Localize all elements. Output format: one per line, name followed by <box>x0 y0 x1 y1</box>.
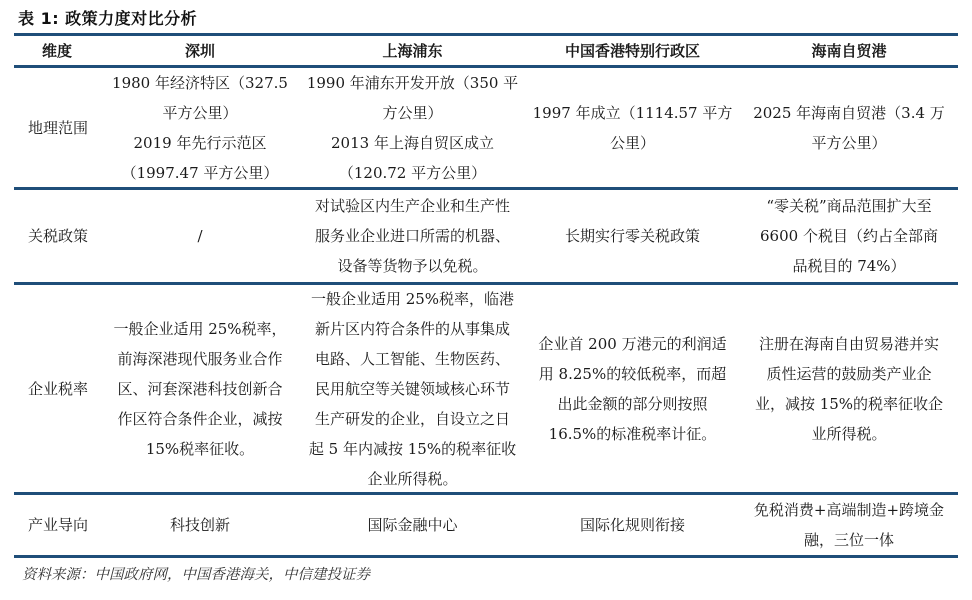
text-line: 科技创新 <box>170 510 230 540</box>
text-line: 方公里） <box>307 98 518 128</box>
cell-hongkong: 国际化规则衔接 <box>525 495 740 555</box>
table-row-corporate-tax: 企业税率 一般企业适用 25%税率， 前海深港现代服务业合作 区、河套深港科技创… <box>14 285 958 492</box>
row-label: 关税政策 <box>14 190 100 282</box>
text-line: 16.5%的标准税率计征。 <box>538 419 726 449</box>
text-line: 品税目的 74%） <box>760 251 938 281</box>
cell-hongkong: 1997 年成立（1114.57 平方 公里） <box>525 68 740 187</box>
text-line: 6600 个税目（约占全部商 <box>760 221 938 251</box>
text-line: 2013 年上海自贸区成立 <box>307 128 518 158</box>
text-line: 公里） <box>533 128 733 158</box>
text-line: 免税消费+高端制造+跨境金 <box>754 495 944 525</box>
table-row-tariff-policy: 关税政策 / 对试验区内生产企业和生产性 服务业企业进口所需的机器、 设备等货物… <box>14 190 958 282</box>
text-line: 设备等货物予以免税。 <box>315 251 510 281</box>
text-line: 质性运营的鼓励类产业企 <box>755 359 943 389</box>
cell-pudong: 对试验区内生产企业和生产性 服务业企业进口所需的机器、 设备等货物予以免税。 <box>300 190 525 282</box>
text-line: 1990 年浦东开发开放（350 平 <box>307 68 518 98</box>
cell-hongkong: 长期实行零关税政策 <box>525 190 740 282</box>
text-line: 国际金融中心 <box>367 510 457 540</box>
row-label: 产业导向 <box>14 495 100 555</box>
text-line: （1997.47 平方公里） <box>112 158 288 188</box>
cell-hainan: 免税消费+高端制造+跨境金 融，三位一体 <box>740 495 958 555</box>
table-row-geographic-scope: 地理范围 1980 年经济特区（327.5 平方公里） 2019 年先行示范区 … <box>14 68 958 187</box>
text-line: / <box>197 221 202 251</box>
header-dimension: 维度 <box>14 36 100 65</box>
text-line: 2025 年海南自贸港（3.4 万 <box>753 98 945 128</box>
text-line: 企业所得税。 <box>309 464 516 494</box>
text-line: 1997 年成立（1114.57 平方 <box>533 98 733 128</box>
text-line: 一般企业适用 25%税率， <box>113 314 286 344</box>
text-line: 注册在海南自由贸易港并实 <box>755 329 943 359</box>
text-line: 平方公里） <box>753 128 945 158</box>
text-line: 民用航空等关键领域核心环节 <box>309 374 516 404</box>
table-title: 表 1: 政策力度对比分析 <box>18 6 197 29</box>
text-line: 平方公里） <box>112 98 288 128</box>
text-line: 一般企业适用 25%税率，临港 <box>309 284 516 314</box>
text-line: 业，减按 15%的税率征收企 <box>755 389 943 419</box>
text-line: 融，三位一体 <box>754 525 944 555</box>
cell-hainan: 注册在海南自由贸易港并实 质性运营的鼓励类产业企 业，减按 15%的税率征收企 … <box>740 285 958 492</box>
header-pudong: 上海浦东 <box>300 36 525 65</box>
source-note: 资料来源：中国政府网，中国香港海关，中信建投证券 <box>22 563 370 584</box>
text-line: 服务业企业进口所需的机器、 <box>315 221 510 251</box>
text-line: 用 8.25%的较低税率，而超 <box>538 359 726 389</box>
table-row-industry-orientation: 产业导向 科技创新 国际金融中心 国际化规则衔接 免税消费+高端制造+跨境金 融… <box>14 495 958 555</box>
text-line: 区、河套深港科技创新合 <box>113 374 286 404</box>
header-hainan: 海南自贸港 <box>740 36 958 65</box>
row-label: 企业税率 <box>14 285 100 492</box>
text-line: 对试验区内生产企业和生产性 <box>315 191 510 221</box>
cell-pudong: 一般企业适用 25%税率，临港 新片区内符合条件的从事集成 电路、人工智能、生物… <box>300 285 525 492</box>
text-line: 出此金额的部分则按照 <box>538 389 726 419</box>
cell-pudong: 1990 年浦东开发开放（350 平 方公里） 2013 年上海自贸区成立 （1… <box>300 68 525 187</box>
table-bottom-rule <box>14 555 958 558</box>
cell-hainan: “零关税”商品范围扩大至 6600 个税目（约占全部商 品税目的 74%） <box>740 190 958 282</box>
header-hongkong: 中国香港特别行政区 <box>525 36 740 65</box>
cell-pudong: 国际金融中心 <box>300 495 525 555</box>
text-line: 国际化规则衔接 <box>580 510 685 540</box>
text-line: 2019 年先行示范区 <box>112 128 288 158</box>
text-line: 1980 年经济特区（327.5 <box>112 68 288 98</box>
cell-hainan: 2025 年海南自贸港（3.4 万 平方公里） <box>740 68 958 187</box>
cell-shenzhen: 一般企业适用 25%税率， 前海深港现代服务业合作 区、河套深港科技创新合 作区… <box>100 285 300 492</box>
table-header-row: 维度 深圳 上海浦东 中国香港特别行政区 海南自贸港 <box>14 36 958 65</box>
text-line: 前海深港现代服务业合作 <box>113 344 286 374</box>
cell-shenzhen: 科技创新 <box>100 495 300 555</box>
header-shenzhen: 深圳 <box>100 36 300 65</box>
text-line: 长期实行零关税政策 <box>565 221 700 251</box>
text-line: 电路、人工智能、生物医药、 <box>309 344 516 374</box>
text-line: 15%税率征收。 <box>113 434 286 464</box>
text-line: 业所得税。 <box>755 419 943 449</box>
text-line: （120.72 平方公里） <box>307 158 518 188</box>
cell-shenzhen: / <box>100 190 300 282</box>
cell-hongkong: 企业首 200 万港元的利润适 用 8.25%的较低税率，而超 出此金额的部分则… <box>525 285 740 492</box>
text-line: 新片区内符合条件的从事集成 <box>309 314 516 344</box>
row-label: 地理范围 <box>14 68 100 187</box>
cell-shenzhen: 1980 年经济特区（327.5 平方公里） 2019 年先行示范区 （1997… <box>100 68 300 187</box>
text-line: 起 5 年内减按 15%的税率征收 <box>309 434 516 464</box>
text-line: 企业首 200 万港元的利润适 <box>538 329 726 359</box>
text-line: “零关税”商品范围扩大至 <box>760 191 938 221</box>
text-line: 作区符合条件企业，减按 <box>113 404 286 434</box>
text-line: 生产研发的企业，自设立之日 <box>309 404 516 434</box>
